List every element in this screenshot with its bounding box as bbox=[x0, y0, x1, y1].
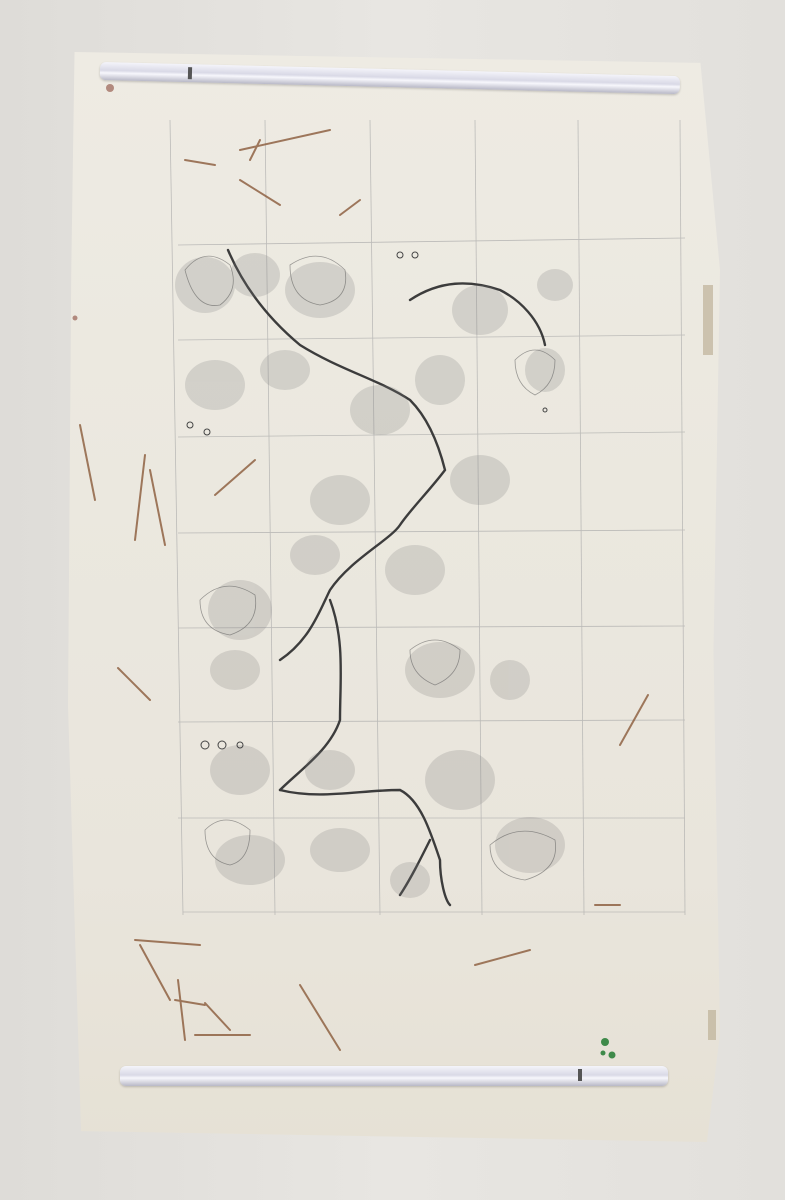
sketch-layer bbox=[0, 0, 785, 1200]
rod-clip-mark bbox=[578, 1069, 582, 1081]
bottom-mounting-rod bbox=[120, 1066, 668, 1086]
grid-lines bbox=[170, 120, 685, 915]
foliage-shading bbox=[175, 253, 573, 898]
rod-clip-mark bbox=[188, 67, 192, 79]
green-spot bbox=[601, 1038, 616, 1059]
